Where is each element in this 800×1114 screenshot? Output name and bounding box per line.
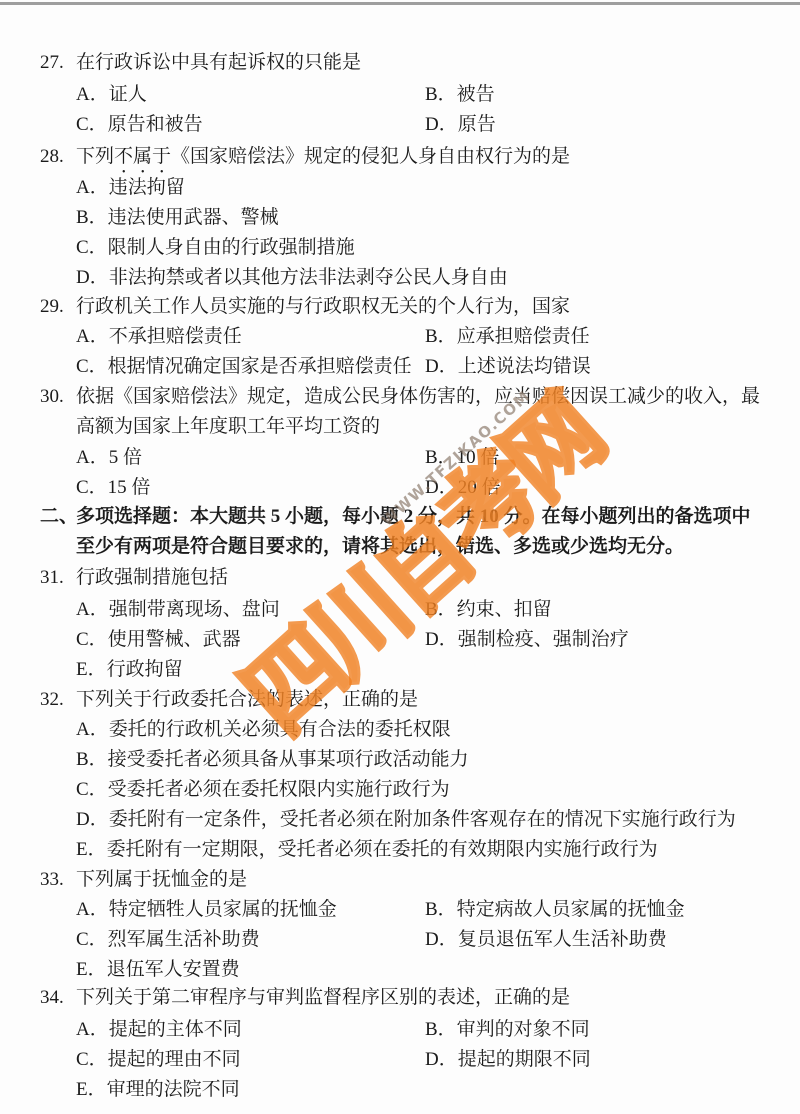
q34-options-row-2: C．提起的理由不同 D．提起的期限不同 <box>0 1048 800 1074</box>
question-text: 下列不属于《国家赔偿法》规定的侵犯人身自由权行为的是 <box>76 145 570 178</box>
q32-option-d: D．委托附有一定条件，受托者必须在附加条件客观存在的情况下实施行政行为 <box>76 808 736 832</box>
question-32-stem: 32. 下列关于行政委托合法的表述，正确的是 <box>0 688 800 714</box>
section-2-header-line1: 二、 多项选择题：本大题共 5 小题，每小题 2 分，共 10 分。在每小题列出… <box>0 505 800 531</box>
q32-option-b: B．接受委托者必须具备从事某项行政活动能力 <box>76 748 469 772</box>
question-number: 30. <box>40 385 64 409</box>
q32-option-row: A．委托的行政机关必须具有合法的委托权限 <box>0 718 800 744</box>
q29-options-row-1: A．不承担赔偿责任 B．应承担赔偿责任 <box>0 325 800 351</box>
question-29-stem: 29. 行政机关工作人员实施的与行政职权无关的个人行为，国家 <box>0 295 800 321</box>
q33-option-a: A．特定牺牲人员家属的抚恤金 <box>76 898 337 922</box>
question-text: 下列关于行政委托合法的表述，正确的是 <box>76 688 418 712</box>
q27-option-d: D．原告 <box>425 113 496 137</box>
question-text: 行政机关工作人员实施的与行政职权无关的个人行为，国家 <box>76 295 570 319</box>
q32-option-e: E．委托附有一定期限，受托者必须在委托的有效期限内实施行政行为 <box>76 838 658 862</box>
q27-option-c: C．原告和被告 <box>76 113 203 137</box>
q29-option-d: D．上述说法均错误 <box>425 355 591 379</box>
q30-option-a: A．5 倍 <box>76 446 142 470</box>
scan-edge-line <box>0 2 800 5</box>
question-number: 27. <box>40 51 64 75</box>
q34-option-d: D．提起的期限不同 <box>425 1048 591 1072</box>
q32-option-row: B．接受委托者必须具备从事某项行政活动能力 <box>0 748 800 774</box>
q30-option-b: B．10 倍 <box>425 446 499 470</box>
section-text: 多项选择题：本大题共 5 小题，每小题 2 分，共 10 分。在每小题列出的备选… <box>76 505 751 529</box>
question-number: 28. <box>40 145 64 169</box>
q34-option-a: A．提起的主体不同 <box>76 1018 242 1042</box>
q28-option-row: D．非法拘禁或者以其他方法非法剥夺公民人身自由 <box>0 266 800 292</box>
q34-option-e: E．审理的法院不同 <box>76 1078 240 1102</box>
q31-option-d: D．强制检疫、强制治疗 <box>425 628 629 652</box>
q28-option-b: B．违法使用武器、警械 <box>76 206 279 230</box>
section-text: 至少有两项是符合题目要求的，请将其选出，错选、多选或少选均无分。 <box>76 535 684 559</box>
question-text: 下列关于第二审程序与审判监督程序区别的表述，正确的是 <box>76 986 570 1010</box>
q34-option-b: B．审判的对象不同 <box>425 1018 590 1042</box>
question-28-stem: 28. 下列不属于《国家赔偿法》规定的侵犯人身自由权行为的是 <box>0 145 800 171</box>
q31-options-row-1: A．强制带离现场、盘问 B．约束、扣留 <box>0 598 800 624</box>
question-number: 29. <box>40 295 64 319</box>
q27-options-row-1: A．证人 B．被告 <box>0 83 800 109</box>
q32-option-c: C．受委托者必须在委托权限内实施行政行为 <box>76 778 450 802</box>
q29-options-row-2: C．根据情况确定国家是否承担赔偿责任 D．上述说法均错误 <box>0 355 800 381</box>
q31-options-row-3: E．行政拘留 <box>0 658 800 684</box>
question-30-stem-line1: 30. 依据《国家赔偿法》规定，造成公民身体伤害的，应当赔偿因误工减少的收入，最 <box>0 385 800 411</box>
section-number: 二、 <box>40 505 78 529</box>
exam-page: 27. 在行政诉讼中具有起诉权的只能是 A．证人 B．被告 C．原告和被告 D．… <box>0 0 800 1114</box>
q27-option-a: A．证人 <box>76 83 147 107</box>
q34-options-row-3: E．审理的法院不同 <box>0 1078 800 1104</box>
q33-options-row-2: C．烈军属生活补助费 D．复员退伍军人生活补助费 <box>0 928 800 954</box>
q29-option-b: B．应承担赔偿责任 <box>425 325 590 349</box>
q32-option-row: D．委托附有一定条件，受托者必须在附加条件客观存在的情况下实施行政行为 <box>0 808 800 834</box>
question-number: 32. <box>40 688 64 712</box>
question-number: 31. <box>40 566 64 590</box>
q33-option-b: B．特定病故人员家属的抚恤金 <box>425 898 685 922</box>
q34-options-row-1: A．提起的主体不同 B．审判的对象不同 <box>0 1018 800 1044</box>
q28-option-d: D．非法拘禁或者以其他方法非法剥夺公民人身自由 <box>76 266 508 290</box>
q34-option-c: C．提起的理由不同 <box>76 1048 241 1072</box>
question-31-stem: 31. 行政强制措施包括 <box>0 566 800 592</box>
q30-options-row-2: C．15 倍 D．20 倍 <box>0 476 800 502</box>
q28-option-row: C．限制人身自由的行政强制措施 <box>0 236 800 262</box>
q27-options-row-2: C．原告和被告 D．原告 <box>0 113 800 139</box>
q28-option-row: A．违法拘留 <box>0 176 800 202</box>
q31-option-c: C．使用警械、武器 <box>76 628 241 652</box>
question-33-stem: 33. 下列属于抚恤金的是 <box>0 868 800 894</box>
q31-options-row-2: C．使用警械、武器 D．强制检疫、强制治疗 <box>0 628 800 654</box>
q28-option-row: B．违法使用武器、警械 <box>0 206 800 232</box>
question-number: 34. <box>40 986 64 1010</box>
q31-option-e: E．行政拘留 <box>76 658 183 682</box>
question-text: 在行政诉讼中具有起诉权的只能是 <box>76 51 361 75</box>
question-27-stem: 27. 在行政诉讼中具有起诉权的只能是 <box>0 51 800 77</box>
q33-options-row-3: E．退伍军人安置费 <box>0 958 800 984</box>
section-2-header-line2: 至少有两项是符合题目要求的，请将其选出，错选、多选或少选均无分。 <box>0 535 800 561</box>
q28-option-c: C．限制人身自由的行政强制措施 <box>76 236 355 260</box>
question-text: 下列属于抚恤金的是 <box>76 868 247 892</box>
question-34-stem: 34. 下列关于第二审程序与审判监督程序区别的表述，正确的是 <box>0 986 800 1012</box>
q30-options-row-1: A．5 倍 B．10 倍 <box>0 446 800 472</box>
q32-option-row: C．受委托者必须在委托权限内实施行政行为 <box>0 778 800 804</box>
question-text: 行政强制措施包括 <box>76 566 228 590</box>
q33-options-row-1: A．特定牺牲人员家属的抚恤金 B．特定病故人员家属的抚恤金 <box>0 898 800 924</box>
question-text: 依据《国家赔偿法》规定，造成公民身体伤害的，应当赔偿因误工减少的收入，最 <box>76 385 760 409</box>
stem-suffix: 《国家赔偿法》规定的侵犯人身自由权行为的是 <box>171 146 570 167</box>
q33-option-d: D．复员退伍军人生活补助费 <box>425 928 667 952</box>
q30-option-c: C．15 倍 <box>76 476 150 500</box>
stem-emphasis: 不属于 <box>114 146 171 167</box>
q33-option-c: C．烈军属生活补助费 <box>76 928 260 952</box>
q31-option-a: A．强制带离现场、盘问 <box>76 598 280 622</box>
q29-option-a: A．不承担赔偿责任 <box>76 325 242 349</box>
question-30-stem-line2: 高额为国家上年度职工年平均工资的 <box>0 415 800 441</box>
stem-prefix: 下列 <box>76 146 114 167</box>
q27-option-b: B．被告 <box>425 83 495 107</box>
q29-option-c: C．根据情况确定国家是否承担赔偿责任 <box>76 355 412 379</box>
q30-option-d: D．20 倍 <box>425 476 500 500</box>
question-text: 高额为国家上年度职工年平均工资的 <box>76 415 380 439</box>
q33-option-e: E．退伍军人安置费 <box>76 958 240 982</box>
q32-option-a: A．委托的行政机关必须具有合法的委托权限 <box>76 718 451 742</box>
question-number: 33. <box>40 868 64 892</box>
q28-option-a: A．违法拘留 <box>76 176 185 200</box>
q32-option-row: E．委托附有一定期限，受托者必须在委托的有效期限内实施行政行为 <box>0 838 800 864</box>
q31-option-b: B．约束、扣留 <box>425 598 552 622</box>
